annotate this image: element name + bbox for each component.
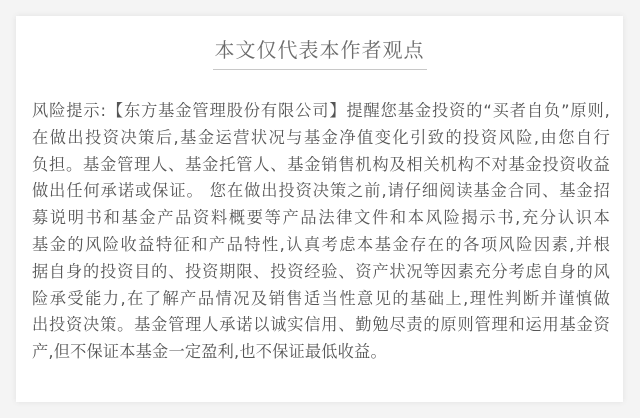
disclaimer-line: 产,但不保证本基金一定盈利,也不保证最低收益。 [32,339,610,366]
risk-disclaimer-text: 风险提示:【东方基金管理股份有限公司】提醒您基金投资的“买者自负”原则, 在做出… [32,98,610,366]
disclaimer-line: 做出任何承诺或保证。 您在做出投资决策之前,请仔细阅读基金合同、基金招 [32,178,610,205]
disclaimer-line: 风险提示:【东方基金管理股份有限公司】提醒您基金投资的“买者自负”原则, [32,98,610,125]
disclaimer-line: 负担。基金管理人、基金托管人、基金销售机构及相关机构不对基金投资收益 [32,152,610,179]
title-container: 本文仅代表本作者观点 [16,36,623,70]
disclaimer-line: 出投资决策。基金管理人承诺以诚实信用、勤勉尽责的原则管理和运用基金资 [32,312,610,339]
card-title: 本文仅代表本作者观点 [213,36,427,70]
disclaimer-line: 据自身的投资目的、投资期限、投资经验、资产状况等因素充分考虑自身的风 [32,259,610,286]
disclaimer-line: 险承受能力,在了解产品情况及销售适当性意见的基础上,理性判断并谨慎做 [32,286,610,313]
disclaimer-card: 本文仅代表本作者观点 风险提示:【东方基金管理股份有限公司】提醒您基金投资的“买… [16,16,623,402]
disclaimer-line: 基金的风险收益特征和产品特性,认真考虑本基金存在的各项风险因素,并根 [32,232,610,259]
disclaimer-line: 募说明书和基金产品资料概要等产品法律文件和本风险揭示书,充分认识本 [32,205,610,232]
disclaimer-line: 在做出投资决策后,基金运营状况与基金净值变化引致的投资风险,由您自行 [32,125,610,152]
